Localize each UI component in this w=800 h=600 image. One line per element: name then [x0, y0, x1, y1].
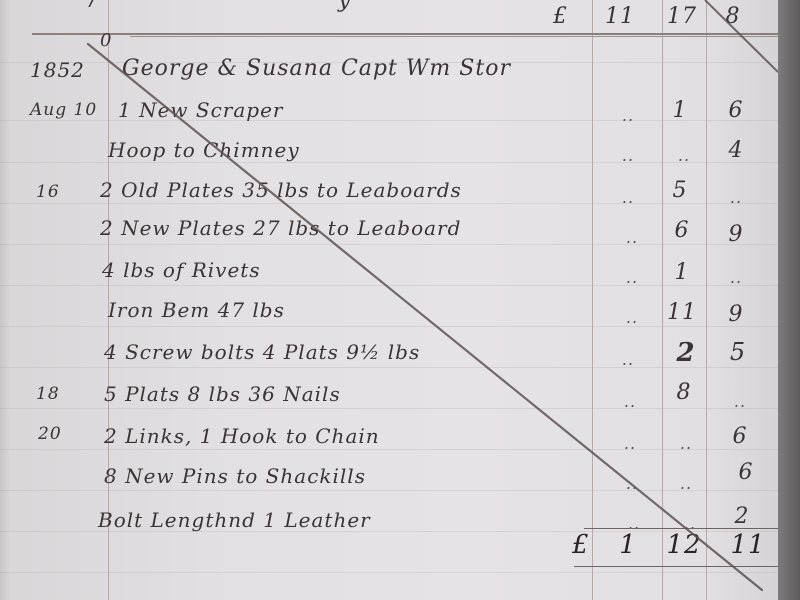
background-edge [778, 0, 800, 600]
ledger-page: / y £ 11 17 8 0 1852 George & Susana Cap… [0, 0, 782, 600]
cancellation-line [0, 0, 782, 600]
